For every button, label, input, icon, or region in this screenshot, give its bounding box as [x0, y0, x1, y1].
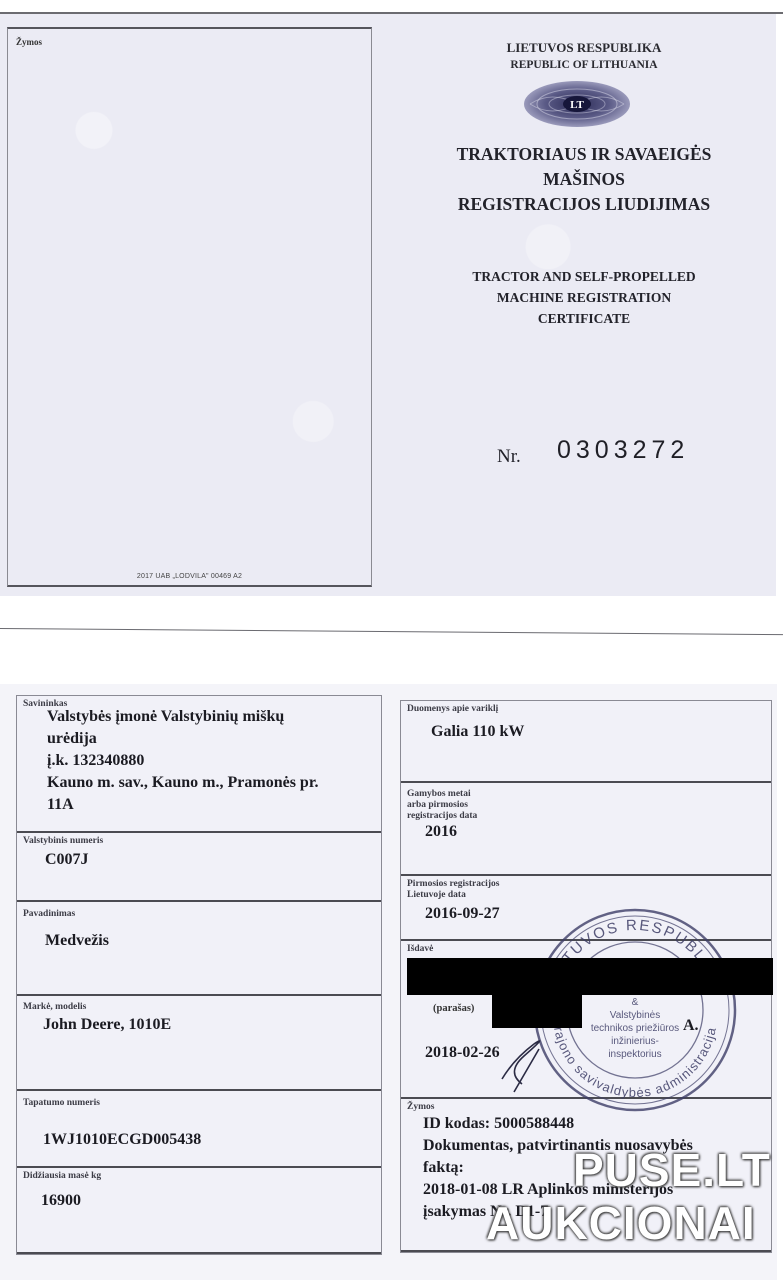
title-line: MAŠINOS: [392, 167, 776, 192]
field-value: C007J: [45, 849, 89, 871]
field-value: 1WJ1010ECGD005438: [43, 1129, 201, 1151]
scan-edge-line: [0, 12, 783, 14]
field-label: Markė, modelis: [23, 1002, 86, 1013]
country-name-en: REPUBLIC OF LITHUANIA: [392, 59, 776, 71]
field-label: Gamybos metai arba pirmosios registracij…: [407, 789, 477, 822]
svg-text:Valstybinės: Valstybinės: [610, 1010, 660, 1021]
certificate-number: 0303272: [557, 436, 689, 465]
svg-text:LT: LT: [570, 99, 584, 111]
field-value: Galia 110 kW: [431, 721, 524, 743]
subtitle-line: CERTIFICATE: [392, 308, 776, 329]
field-vin: Tapatumo numeris 1WJ1010ECGD005438: [17, 1091, 381, 1168]
field-value: Medvežis: [45, 930, 109, 952]
printer-imprint: 2017 UAB „LODVILA" 00469 A2: [8, 573, 371, 580]
document-title-en: TRACTOR AND SELF-PROPELLED MACHINE REGIS…: [392, 266, 776, 329]
field-label: Duomenys apie variklį: [407, 704, 498, 715]
field-label: Pavadinimas: [23, 909, 75, 920]
country-name-lt: LIETUVOS RESPUBLIKA: [392, 40, 776, 56]
svg-text:inžinierius-: inžinierius-: [611, 1036, 659, 1047]
field-label: Didžiausia masė kg: [23, 1171, 101, 1182]
title-line: TRAKTORIAUS IR SAVAEIGĖS: [392, 142, 776, 167]
field-max-mass: Didžiausia masė kg 16900: [17, 1168, 381, 1254]
field-production-year: Gamybos metai arba pirmosios registracij…: [401, 783, 771, 876]
field-label: Pirmosios registracijos Lietuvoje data: [407, 879, 499, 901]
title-line: REGISTRACIJOS LIUDIJIMAS: [392, 192, 776, 217]
field-label: Valstybinis numeris: [23, 836, 103, 847]
document-title-lt: TRAKTORIAUS IR SAVAEIGĖS MAŠINOS REGISTR…: [392, 142, 776, 217]
field-value: Valstybės įmonė Valstybinių miškų urėdij…: [47, 706, 318, 816]
signature-label: (parašas): [433, 1003, 474, 1014]
field-value: 2016: [425, 821, 457, 843]
svg-text:inspektorius: inspektorius: [608, 1049, 661, 1060]
notes-label: Žymos: [16, 37, 42, 47]
field-label: Išdavė: [407, 944, 433, 955]
field-registration-plate: Valstybinis numeris C007J: [17, 833, 381, 902]
vehicle-data-table-left: Savininkas Valstybės įmonė Valstybinių m…: [16, 695, 382, 1255]
watermark-site: PUSE.LT: [573, 1147, 771, 1193]
svg-text:technikos priežiūros: technikos priežiūros: [591, 1023, 679, 1034]
field-owner: Savininkas Valstybės įmonė Valstybinių m…: [17, 696, 381, 833]
page-margin: [777, 684, 783, 1280]
lt-emblem-icon: LT: [522, 80, 632, 128]
field-name: Pavadinimas Medvežis: [17, 902, 381, 996]
field-value: 2016-09-27: [425, 903, 500, 925]
redaction-bar: [407, 958, 773, 995]
signature-icon: [494, 1024, 554, 1094]
field-value: John Deere, 1010E: [43, 1014, 171, 1036]
field-label: Žymos: [407, 1102, 434, 1113]
page-separator: [0, 628, 783, 635]
svg-text:&: &: [632, 997, 639, 1008]
subtitle-line: MACHINE REGISTRATION: [392, 287, 776, 308]
page-margin: [776, 14, 783, 596]
field-value: 16900: [41, 1190, 81, 1212]
issue-date: 2018-02-26: [425, 1042, 500, 1064]
subtitle-line: TRACTOR AND SELF-PROPELLED: [392, 266, 776, 287]
watermark-auctions: AUKCIONAI: [486, 1200, 756, 1246]
field-make-model: Markė, modelis John Deere, 1010E: [17, 996, 381, 1091]
notes-panel: Žymos 2017 UAB „LODVILA" 00469 A2: [7, 27, 372, 587]
certificate-number-label: Nr.: [497, 446, 521, 468]
field-label: Tapatumo numeris: [23, 1098, 100, 1109]
redaction-bar: [492, 994, 582, 1028]
field-engine: Duomenys apie variklį Galia 110 kW: [401, 701, 771, 783]
